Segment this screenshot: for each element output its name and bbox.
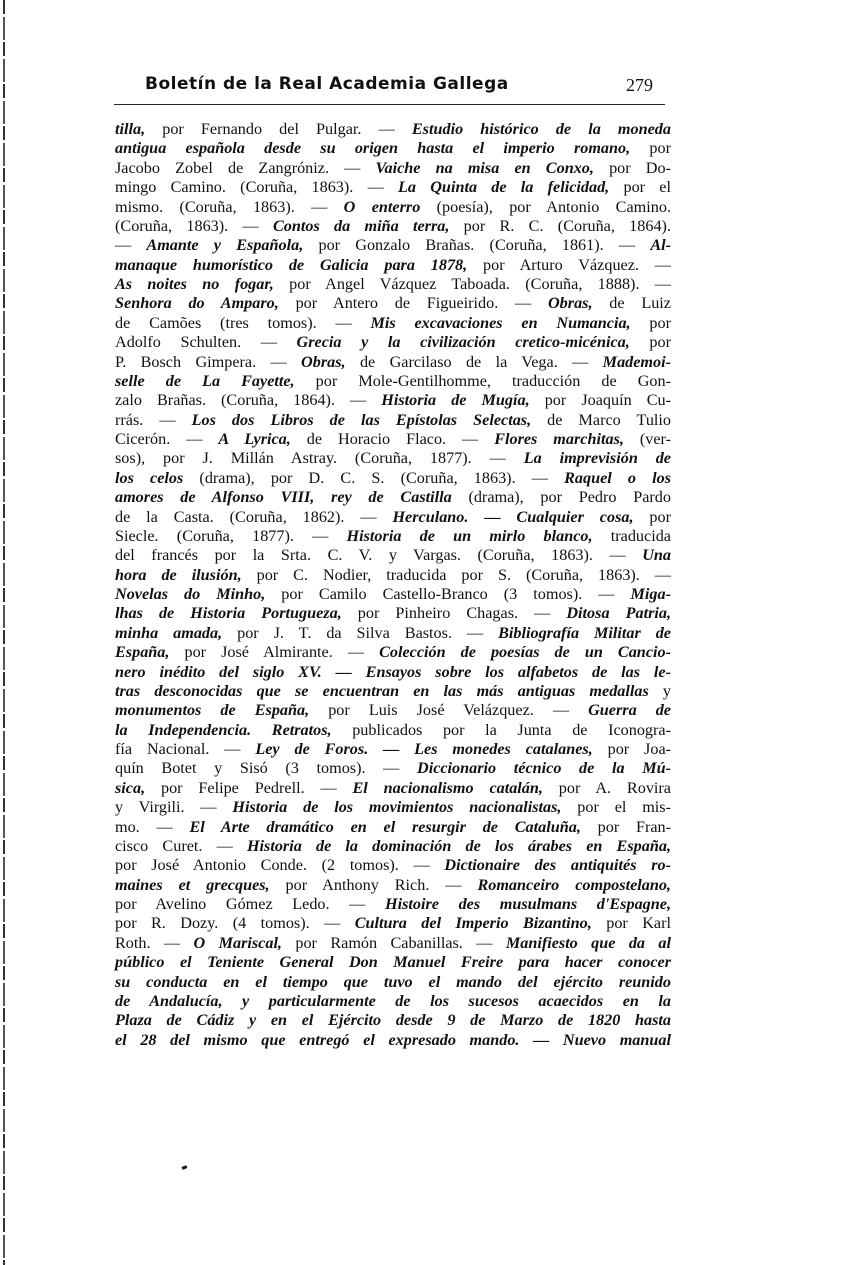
italic-title: Raquel o los: [564, 469, 671, 487]
italic-title: Mis excavaciones en Numancia,: [370, 314, 630, 332]
text-run: por J. T. da Silva Bastos. —: [222, 624, 498, 642]
text-line: tilla, por Fernando del Pulgar. — Estudi…: [115, 120, 671, 139]
italic-title: Colección de poesías de un Cancio-: [379, 643, 671, 661]
text-line: el 28 del mismo que entregó el expresado…: [115, 1031, 671, 1050]
text-run: por Fran-: [581, 818, 671, 836]
running-title: Boletín de la Real Academia Gallega: [145, 74, 509, 94]
text-run: por: [634, 508, 671, 526]
header-rule: [114, 104, 665, 105]
italic-title: Historia de los movimientos nacionalista…: [232, 798, 561, 816]
scan-edge: [3, 0, 5, 1265]
text-line: por Avelino Gómez Ledo. — Histoire des m…: [115, 895, 671, 914]
text-run: (drama), por D. C. S. (Coruña, 1863). —: [183, 469, 564, 487]
text-run: por José Almirante. —: [169, 643, 379, 661]
italic-title: Romanceiro compostelano,: [477, 876, 671, 894]
italic-title: Manifiesto que da al: [506, 934, 671, 952]
text-run: de Camões (tres tomos). —: [115, 314, 370, 332]
text-run: traducida: [593, 527, 671, 545]
italic-title: Contos da miña terra,: [273, 217, 449, 235]
text-line: Novelas do Minho, por Camilo Castello-Br…: [115, 585, 671, 604]
text-run: por Anthony Rich. —: [270, 876, 478, 894]
italic-title: tras desconocidas que se encuentran en l…: [115, 682, 649, 700]
text-run: (Coruña, 1863). —: [115, 217, 273, 235]
text-run: por Angel Vázquez Taboada. (Coruña, 1888…: [274, 275, 671, 293]
text-run: por A. Rovira: [543, 779, 671, 797]
text-line: y Virgili. — Historia de los movimientos…: [115, 798, 671, 817]
text-line: Cicerón. — A Lyrica, de Horacio Flaco. —…: [115, 430, 671, 449]
text-run: (ver-: [624, 430, 671, 448]
italic-title: España,: [115, 643, 169, 661]
text-line: mismo. (Coruña, 1863). — O enterro (poes…: [115, 198, 671, 217]
italic-title: Dictionaire des antiquités ro-: [444, 856, 671, 874]
text-run: Jacobo Zobel de Zangróniz. —: [115, 159, 375, 177]
italic-title: hora de ilusión,: [115, 566, 242, 584]
text-run: por Karl: [592, 914, 671, 932]
italic-title: Amante y Española,: [146, 236, 303, 254]
page-header: Boletín de la Real Academia Gallega 279: [115, 72, 665, 98]
italic-title: Una: [642, 546, 671, 564]
italic-title: los celos: [115, 469, 183, 487]
italic-title: la Independencia. Retratos,: [115, 721, 332, 739]
italic-title: Histoire des musulmans d'Espagne,: [385, 895, 671, 913]
italic-title: selle de La Fayette,: [115, 372, 295, 390]
italic-title: O enterro: [344, 198, 421, 216]
text-line: cisco Curet. — Historia de la dominación…: [115, 837, 671, 856]
text-run: por: [631, 314, 671, 332]
text-run: por R. C. (Coruña, 1864).: [449, 217, 671, 235]
italic-title: El nacionalismo catalán,: [353, 779, 543, 797]
text-line: minha amada, por J. T. da Silva Bastos. …: [115, 624, 671, 643]
text-run: (poesía), por Antonio Camino.: [420, 198, 671, 216]
italic-title: El Arte dramático en el resurgir de Cata…: [189, 818, 580, 836]
text-line: España, por José Almirante. — Colección …: [115, 643, 671, 662]
text-run: por C. Nodier, traducida por S. (Coruña,…: [242, 566, 671, 584]
text-run: del francés por la Srta. C. V. y Vargas.…: [115, 546, 642, 564]
italic-title: Cultura del Imperio Bizantino,: [355, 914, 592, 932]
italic-title: el 28 del mismo que entregó el expresado…: [115, 1031, 671, 1049]
text-line: Jacobo Zobel de Zangróniz. — Vaiche na m…: [115, 159, 671, 178]
text-run: de Luiz: [593, 294, 671, 312]
text-run: Adolfo Schulten. —: [115, 333, 297, 351]
text-line: mingo Camino. (Coruña, 1863). — La Quint…: [115, 178, 671, 197]
text-line: hora de ilusión, por C. Nodier, traducid…: [115, 566, 671, 585]
text-line: del francés por la Srta. C. V. y Vargas.…: [115, 546, 671, 565]
text-line: sos), por J. Millán Astray. (Coruña, 187…: [115, 449, 671, 468]
text-line: de la Casta. (Coruña, 1862). — Herculano…: [115, 508, 671, 527]
italic-title: Grecia y la civilización cretico-micénic…: [297, 333, 630, 351]
text-run: Siecle. (Coruña, 1877). —: [115, 527, 347, 545]
text-line: público el Teniente General Don Manuel F…: [115, 953, 671, 972]
ink-speck: [182, 1165, 188, 1170]
italic-title: Historia de la dominación de los árabes …: [247, 837, 671, 855]
text-run: por Joaquín Cu-: [530, 391, 671, 409]
text-line: amores de Alfonso VIII, rey de Castilla …: [115, 488, 671, 507]
italic-title: antigua española desde su origen hasta e…: [115, 139, 630, 157]
italic-title: Ditosa Patria,: [566, 604, 671, 622]
text-run: de Garcilaso de la Vega. —: [346, 353, 603, 371]
italic-title: O Mariscal,: [194, 934, 282, 952]
text-run: por Camilo Castello-Branco (3 tomos). —: [265, 585, 630, 603]
text-run: Cicerón. —: [115, 430, 218, 448]
text-line: por José Antonio Conde. (2 tomos). — Dic…: [115, 856, 671, 875]
italic-title: sica,: [115, 779, 145, 797]
text-run: por Antero de Figueirido. —: [279, 294, 548, 312]
text-run: y: [649, 682, 671, 700]
text-run: por Felipe Pedrell. —: [145, 779, 352, 797]
italic-title: Bibliografía Militar de: [498, 624, 671, 642]
text-line: Roth. — O Mariscal, por Ramón Cabanillas…: [115, 934, 671, 953]
text-run: por: [630, 139, 671, 157]
text-run: (drama), por Pedro Pardo: [452, 488, 671, 506]
text-run: de la Casta. (Coruña, 1862). —: [115, 508, 392, 526]
text-line: Adolfo Schulten. — Grecia y la civilizac…: [115, 333, 671, 352]
text-run: por el: [609, 178, 671, 196]
text-run: por Ramón Cabanillas. —: [282, 934, 506, 952]
italic-title: Plaza de Cádiz y en el Ejército desde 9 …: [115, 1011, 671, 1029]
italic-title: Mademoi-: [603, 353, 671, 371]
italic-title: tilla,: [115, 120, 145, 138]
italic-title: Guerra de: [588, 701, 671, 719]
text-run: por José Antonio Conde. (2 tomos). —: [115, 856, 444, 874]
text-line: fía Nacional. — Ley de Foros. — Les mone…: [115, 740, 671, 759]
text-run: fía Nacional. —: [115, 740, 255, 758]
italic-title: monumentos de España,: [115, 701, 309, 719]
text-run: zalo Brañas. (Coruña, 1864). —: [115, 391, 381, 409]
italic-title: minha amada,: [115, 624, 222, 642]
text-run: por Arturo Vázquez. —: [467, 256, 671, 274]
italic-title: La Quinta de la felicidad,: [398, 178, 609, 196]
italic-title: La imprevisión de: [524, 449, 671, 467]
text-line: de Andalucía, y particularmente de los s…: [115, 992, 671, 1011]
text-run: P. Bosch Gimpera. —: [115, 353, 301, 371]
text-line: su conducta en el tiempo que tuvo el man…: [115, 973, 671, 992]
text-line: lhas de Historia Portugueza, por Pinheir…: [115, 604, 671, 623]
body-text: tilla, por Fernando del Pulgar. — Estudi…: [115, 120, 671, 1050]
text-line: rrás. — Los dos Libros de las Epístolas …: [115, 411, 671, 430]
italic-title: Obras,: [548, 294, 593, 312]
text-line: nero inédito del siglo XV. — Ensayos sob…: [115, 663, 671, 682]
italic-title: Estudio histórico de la moneda: [412, 120, 671, 138]
text-run: por Avelino Gómez Ledo. —: [115, 895, 385, 913]
italic-title: nero inédito del siglo XV. — Ensayos sob…: [115, 663, 671, 681]
italic-title: Al-: [650, 236, 671, 254]
text-line: maines et grecques, por Anthony Rich. — …: [115, 876, 671, 895]
italic-title: manaque humorístico de Galicia para 1878…: [115, 256, 467, 274]
text-line: quín Botet y Sisó (3 tomos). — Diccionar…: [115, 759, 671, 778]
italic-title: Miga-: [631, 585, 671, 603]
italic-title: Diccionario técnico de la Mú-: [417, 759, 671, 777]
italic-title: Ley de Foros. — Les monedes catalanes,: [255, 740, 592, 758]
text-run: por Joa-: [593, 740, 671, 758]
text-line: P. Bosch Gimpera. — Obras, de Garcilaso …: [115, 353, 671, 372]
text-run: por el mis-: [561, 798, 671, 816]
text-line: — Amante y Española, por Gonzalo Brañas.…: [115, 236, 671, 255]
text-line: mo. — El Arte dramático en el resurgir d…: [115, 818, 671, 837]
text-line: selle de La Fayette, por Mole-Gentilhomm…: [115, 372, 671, 391]
text-run: de Marco Tulio: [531, 411, 671, 429]
italic-title: Obras,: [301, 353, 346, 371]
text-run: por Gonzalo Brañas. (Coruña, 1861). —: [303, 236, 650, 254]
text-run: por R. Dozy. (4 tomos). —: [115, 914, 355, 932]
text-line: manaque humorístico de Galicia para 1878…: [115, 256, 671, 275]
text-run: rrás. —: [115, 411, 192, 429]
text-run: mingo Camino. (Coruña, 1863). —: [115, 178, 398, 196]
text-run: y Virgili. —: [115, 798, 232, 816]
text-run: por: [630, 333, 671, 351]
text-run: por Mole-Gentilhomme, traducción de Gon-: [295, 372, 671, 390]
text-run: por Fernando del Pulgar. —: [145, 120, 412, 138]
italic-title: Historia de Mugía,: [381, 391, 529, 409]
italic-title: amores de Alfonso VIII, rey de Castilla: [115, 488, 452, 506]
italic-title: As noites no fogar,: [115, 275, 274, 293]
italic-title: Flores marchitas,: [494, 430, 624, 448]
text-line: Senhora do Amparo, por Antero de Figueir…: [115, 294, 671, 313]
italic-title: Novelas do Minho,: [115, 585, 265, 603]
text-run: por Do-: [594, 159, 671, 177]
text-line: monumentos de España, por Luis José Velá…: [115, 701, 671, 720]
italic-title: público el Teniente General Don Manuel F…: [115, 953, 671, 971]
text-line: As noites no fogar, por Angel Vázquez Ta…: [115, 275, 671, 294]
page-number: 279: [626, 75, 653, 96]
italic-title: su conducta en el tiempo que tuvo el man…: [115, 973, 671, 991]
italic-title: Historia de un mirlo blanco,: [347, 527, 593, 545]
text-line: sica, por Felipe Pedrell. — El nacionali…: [115, 779, 671, 798]
text-run: sos), por J. Millán Astray. (Coruña, 187…: [115, 449, 524, 467]
text-run: quín Botet y Sisó (3 tomos). —: [115, 759, 417, 777]
italic-title: Herculano. — Cualquier cosa,: [392, 508, 633, 526]
text-line: la Independencia. Retratos, publicados p…: [115, 721, 671, 740]
italic-title: A Lyrica,: [218, 430, 290, 448]
text-run: de Horacio Flaco. —: [291, 430, 494, 448]
text-line: de Camões (tres tomos). — Mis excavacion…: [115, 314, 671, 333]
italic-title: maines et grecques,: [115, 876, 270, 894]
text-run: Roth. —: [115, 934, 194, 952]
text-line: antigua española desde su origen hasta e…: [115, 139, 671, 158]
text-line: Plaza de Cádiz y en el Ejército desde 9 …: [115, 1011, 671, 1030]
text-run: —: [115, 236, 146, 254]
italic-title: Vaiche na misa en Conxo,: [375, 159, 593, 177]
text-run: mo. —: [115, 818, 189, 836]
italic-title: Los dos Libros de las Epístolas Selectas…: [192, 411, 532, 429]
text-line: zalo Brañas. (Coruña, 1864). — Historia …: [115, 391, 671, 410]
text-line: por R. Dozy. (4 tomos). — Cultura del Im…: [115, 914, 671, 933]
italic-title: lhas de Historia Portugueza,: [115, 604, 342, 622]
text-run: cisco Curet. —: [115, 837, 247, 855]
text-line: (Coruña, 1863). — Contos da miña terra, …: [115, 217, 671, 236]
text-line: Siecle. (Coruña, 1877). — Historia de un…: [115, 527, 671, 546]
text-run: por Pinheiro Chagas. —: [342, 604, 567, 622]
italic-title: Senhora do Amparo,: [115, 294, 279, 312]
text-line: los celos (drama), por D. C. S. (Coruña,…: [115, 469, 671, 488]
text-run: por Luis José Velázquez. —: [309, 701, 588, 719]
text-line: tras desconocidas que se encuentran en l…: [115, 682, 671, 701]
text-run: mismo. (Coruña, 1863). —: [115, 198, 344, 216]
italic-title: de Andalucía, y particularmente de los s…: [115, 992, 671, 1010]
text-run: publicados por la Junta de Iconogra-: [332, 721, 671, 739]
